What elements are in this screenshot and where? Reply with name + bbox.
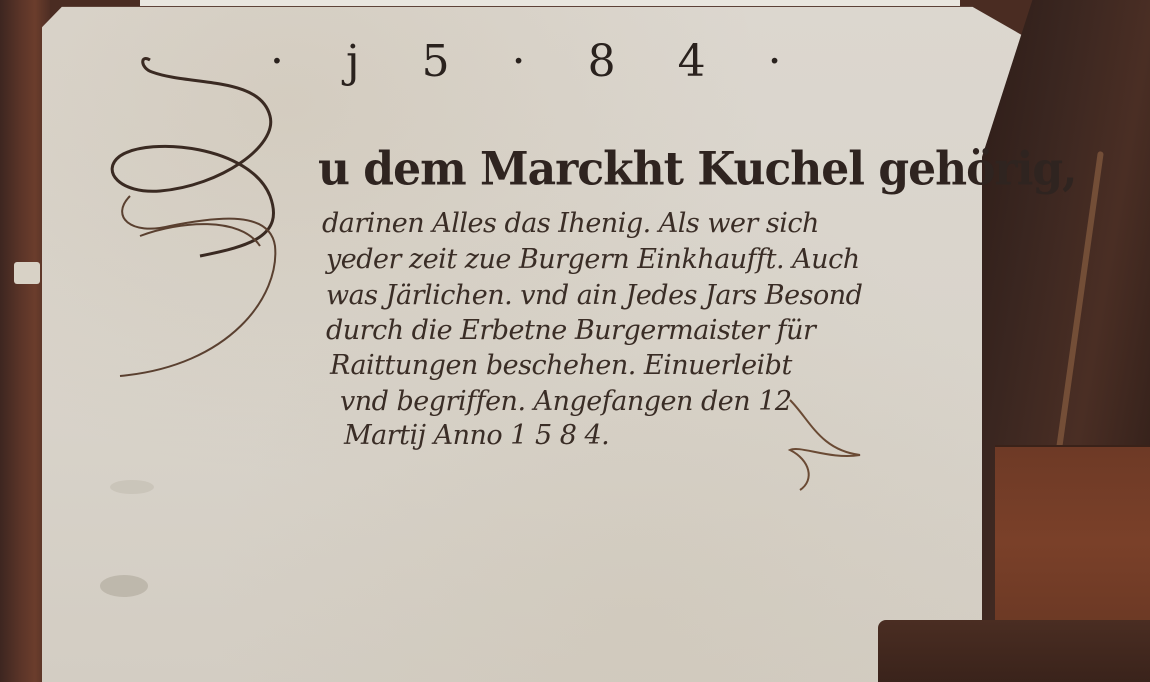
year-heading: · j 5 · 8 4 · — [270, 36, 830, 87]
flourished-initial-z-icon — [100, 46, 300, 396]
year-dot: · — [512, 36, 526, 87]
manuscript-photo: · j 5 · 8 4 · u dem Marckht Kuchel gehör… — [0, 0, 1150, 682]
year-digit: 8 — [588, 36, 616, 87]
body-line: vnd begriffen. Angefangen den 12 — [340, 386, 792, 417]
year-dot: · — [768, 36, 782, 87]
bottom-leather-binding — [878, 620, 1150, 682]
binding-clasp — [14, 262, 40, 284]
year-digit: 5 — [422, 36, 450, 87]
top-page-edge — [140, 0, 960, 6]
year-digit: 4 — [678, 36, 706, 87]
year-digit: j — [346, 36, 360, 87]
body-line: Raittungen beschehen. Einuerleibt — [330, 350, 792, 381]
title-line: u dem Marckht Kuchel gehörig, — [318, 143, 1076, 197]
body-line-date: Martij Anno 1 5 8 4. — [344, 420, 609, 451]
body-line: durch die Erbetne Burgermaister für — [326, 315, 815, 346]
leather-patch — [995, 445, 1150, 637]
page-stain — [100, 575, 148, 597]
body-line: darinen Alles das Ihenig. Als wer sich — [322, 208, 819, 239]
page-stain — [110, 480, 154, 494]
title-text: u dem Marckht Kuchel gehörig, — [318, 143, 1076, 197]
body-line: yeder zeit zue Burgern Einkhaufft. Auch — [326, 244, 860, 275]
body-line: was Järlichen. vnd ain Jedes Jars Besond — [326, 280, 862, 311]
closing-flourish-icon — [770, 390, 870, 500]
